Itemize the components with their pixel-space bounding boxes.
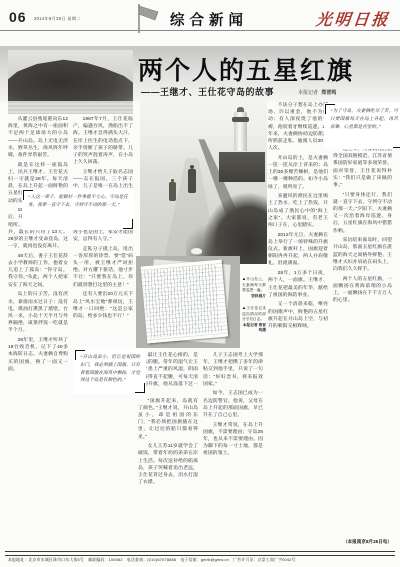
newspaper-page: 06 2014年8月26日 星期二 综合新闻 光明日报 两个人的五星红旗 ——王… — [0, 0, 400, 567]
diary-photo — [136, 256, 240, 348]
headline-subtitle: ——王继才、王仕花守岛的故事 — [141, 85, 274, 98]
text-column-6: 这些年，夫妻俩先后获得全国双拥模范、江苏省情系国防好家庭等多项荣誉。面对荣誉，王… — [333, 146, 392, 545]
text-column-2: 1987年7月，王仕花临产，偏遇台风，渔船出不了海。王继才急得满头大汗，在岸上医… — [73, 116, 133, 546]
footer-rule — [5, 551, 395, 556]
photo-figure-wang-jicai — [188, 169, 196, 193]
text-column-3: 最让王仕花心疼的，是丈夫的腿。常年的湿气让王继才患上严重的风湿，阴雨天疼得直不起… — [138, 352, 198, 545]
photo-captions: ▲开山岛上，夫妻俩每天都要巡逻一遍。 资料照片 ▲王仕花记录巡岛情况的部分守岛日… — [242, 276, 266, 340]
masthead-logo: 光明日报 — [315, 7, 391, 30]
headline-title: 两个人的五星红旗 — [138, 51, 396, 87]
island-photo — [8, 50, 133, 114]
photo-dog — [191, 248, 202, 254]
header-rule — [0, 30, 400, 31]
caption-text: 开山岛上，夫妻俩每天都要巡逻一遍。 — [242, 277, 266, 292]
island-sea — [8, 101, 133, 114]
photo-building — [219, 152, 265, 182]
caption-credit: 本报记者 郑晋鸣摄 — [242, 323, 266, 334]
article-dateline: （本报南京8月25日电） — [262, 539, 392, 545]
byline-prefix: 本报记者 — [298, 90, 318, 96]
photo-figure-wang-shihua — [169, 182, 176, 201]
pull-quote-middle: “开山岛虽小，但它是祖国的东门，我必须插上国旗。只有看着国旗在海风中飘扬，才觉得… — [74, 349, 146, 394]
pull-quote-right: “为了守岛，夫妻俩吃尽了苦。可只要国旗每天在岛上升起，再苦再难，心里都是亮堂的。… — [324, 103, 400, 149]
text-column-5: 不法分子想在岛上办赌场，许以重金，他不为所动；有人深夜烧了他的被褥，他咬着牙继续… — [268, 102, 328, 546]
caption-credit: 资料照片 — [242, 294, 266, 300]
section-title: 综合新闻 — [170, 9, 248, 30]
date-line: 2014年8月26日 星期二 — [34, 16, 81, 22]
text-column-4: 儿子王志国考上大学那年，王继才把攒了多年的津贴交到他手里，只说了一句话：“好好念… — [203, 352, 263, 545]
byline: 本报记者 郑晋鸣 — [298, 89, 336, 96]
island-rock — [8, 59, 133, 101]
flag-icon — [134, 3, 160, 33]
caption-text: 王仕花记录巡岛情况的部分守岛日志。 — [242, 306, 266, 321]
photo-caption: ▲开山岛上，夫妻俩每天都要巡逻一遍。 资料照片 — [242, 276, 266, 299]
page-number: 06 — [9, 9, 27, 25]
diary-handwriting — [144, 264, 222, 338]
text-column-1: 从灌云县燕尾港向东12海里，黄海之中有一座面积不足两个足球场大的小岛——开山岛。… — [8, 116, 68, 546]
patrol-photo — [140, 100, 267, 264]
lighthouse — [234, 111, 247, 151]
byline-name: 郑晋鸣 — [321, 90, 336, 96]
photo-caption: ▲王仕花记录巡岛情况的部分守岛日志。 本报记者 郑晋鸣摄 — [242, 305, 266, 334]
pull-quote-left: “人这一辈子，能做好一件事就不亏心。守岛是任务，我要一直守下去，守到守不动的那一… — [22, 189, 134, 230]
footer-info: 本报地址：北京市东城区珠市口东大街5号 邮政编码：100062 电话查询：(01… — [8, 557, 394, 563]
